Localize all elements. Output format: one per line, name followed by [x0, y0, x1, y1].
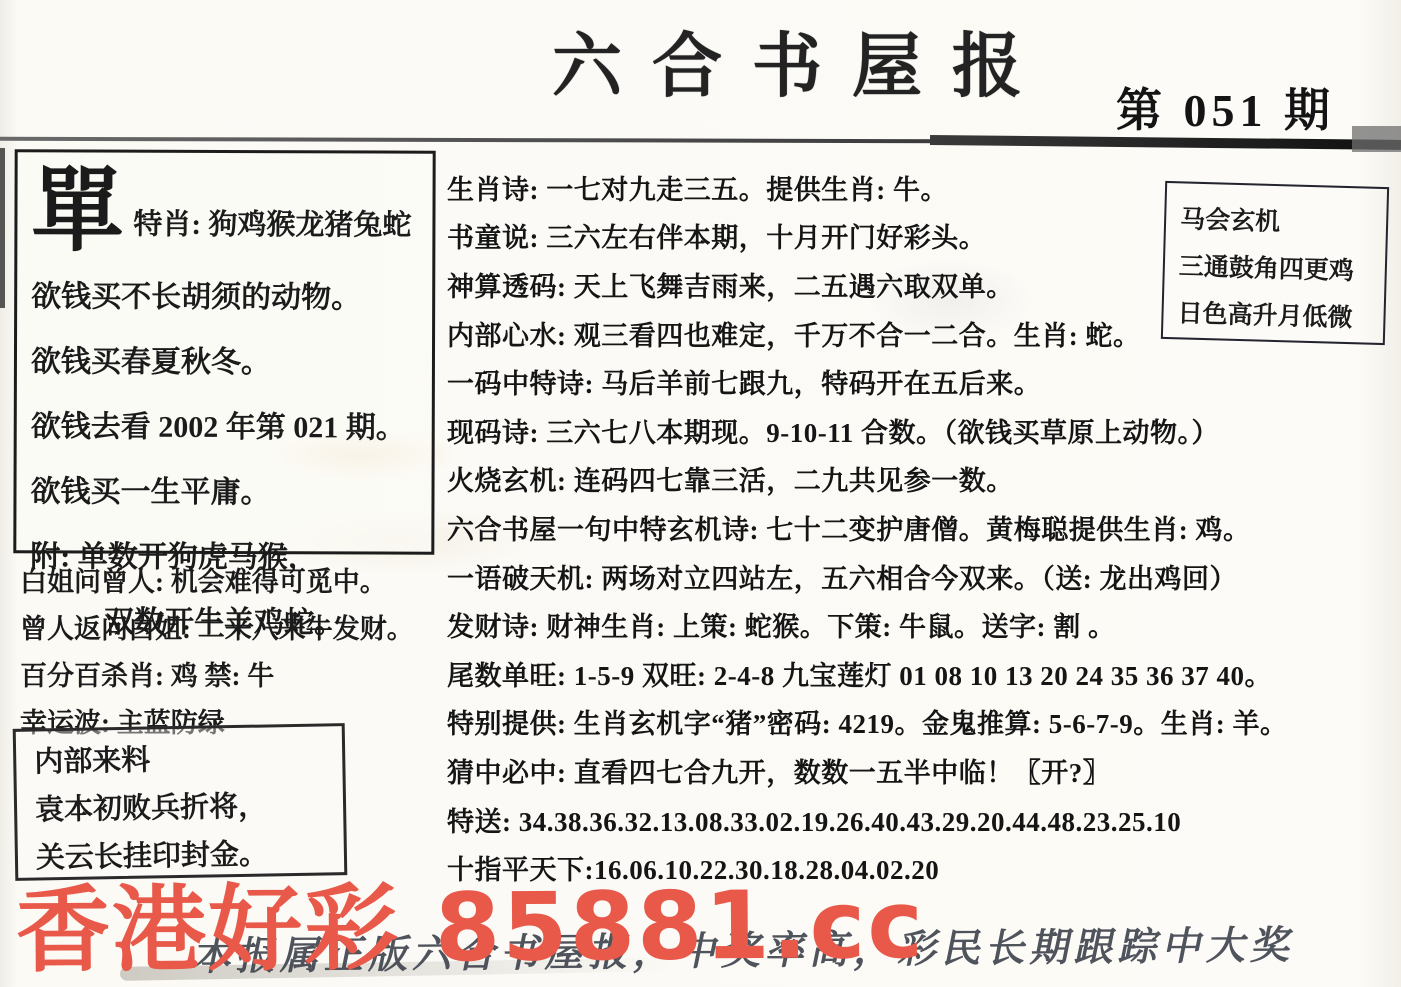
prediction-line-huoshaoxuanji: 火烧玄机: 连码四七靠三活，二九共见参一数。	[447, 455, 1287, 504]
site-watermark: 香港好彩 85881.cc	[16, 849, 926, 987]
issue-number: 第 051 期	[1116, 74, 1335, 140]
main-prediction-column: 生肖诗: 一七对九走三五。提供生肖: 牛。 书童说: 三六左右伴本期，十月开门好…	[447, 163, 1287, 892]
prediction-line-shengxiaoshi: 生肖诗: 一七对九走三五。提供生肖: 牛。	[447, 163, 1287, 212]
insider-info-title: 内部来料	[34, 730, 333, 783]
scan-edge-line	[0, 148, 5, 308]
left-box-line: 欲钱去看 2002 年第 021 期。	[31, 401, 422, 446]
prediction-line-tebietigong: 特别提供: 生肖玄机字“猪”密码: 4219。金鬼推算: 5-6-7-9。生肖:…	[447, 698, 1287, 747]
mahui-box-title: 马会玄机	[1180, 193, 1387, 246]
odd-prediction-header: 單 特肖: 狗鸡猴龙猪兔蛇	[31, 158, 422, 251]
mahui-box-line: 日色高升月低微	[1177, 287, 1384, 340]
tips-section: 白姐问曾人: 机会难得可觅中。 曾人返问白姐: 二来八来牛发财。 百分百杀肖: …	[20, 556, 414, 744]
prediction-line-yimazhongteshi: 一码中特诗: 马后羊前七跟九，特码开在五后来。	[447, 357, 1287, 406]
special-zodiac-line: 特肖: 狗鸡猴龙猪兔蛇	[133, 202, 411, 252]
prediction-line-yijuzhongte: 六合书屋一句中特玄机诗: 七十二变护唐僧。黄梅聪提供生肖: 鸡。	[447, 503, 1287, 552]
newspaper-page: 六合书屋报 第 051 期 單 特肖: 狗鸡猴龙猪兔蛇 欲钱买不长胡须的动物。 …	[0, 0, 1401, 987]
prediction-line-shutongshuo: 书童说: 三六左右伴本期，十月开门好彩头。	[447, 212, 1287, 261]
scan-artifact	[1352, 126, 1401, 152]
left-box-line: 欲钱买一生平庸。	[30, 466, 421, 511]
tip-line: 白姐问曾人: 机会难得可觅中。	[20, 556, 414, 603]
prediction-line-caizhongbizhong: 猜中必中: 直看四七合九开，数数一五半中临！〖开?〗	[447, 746, 1287, 795]
prediction-line-yiyupotianji: 一语破天机: 两场对立四站左，五六相合今双来。（送: 龙出鸡回）	[447, 552, 1287, 601]
tip-line: 百分百杀肖: 鸡 禁: 牛	[20, 650, 414, 697]
insider-info-line: 袁本初败兵折将，	[35, 778, 334, 831]
mahui-box-line: 三通鼓角四更鸡	[1178, 240, 1385, 293]
prediction-line-tesong: 特送: 34.38.36.32.13.08.33.02.19.26.40.43.…	[447, 795, 1287, 844]
header-divider-line	[0, 137, 960, 144]
page-title: 六合书屋报	[552, 10, 1052, 111]
prediction-line-weishudanwang: 尾数单旺: 1-5-9 双旺: 2-4-8 九宝莲灯 01 08 10 13 2…	[447, 649, 1287, 698]
prediction-line-facaishi: 发财诗: 财神生肖: 上策: 蛇猴。下策: 牛鼠。送字: 割 。	[447, 600, 1287, 649]
left-box-line: 欲钱买春夏秋冬。	[31, 336, 422, 381]
left-box-line: 欲钱买不长胡须的动物。	[31, 271, 422, 316]
mahui-mystery-box: 马会玄机 三通鼓角四更鸡 日色高升月低微	[1161, 181, 1389, 345]
big-character-dan: 單	[31, 172, 123, 251]
prediction-line-xianmashi: 现码诗: 三六七八本期现。9-10-11 合数。（欲钱买草原上动物。）	[447, 406, 1287, 455]
tip-line: 曾人返问白姐: 二来八来牛发财。	[20, 603, 414, 650]
odd-prediction-box: 單 特肖: 狗鸡猴龙猪兔蛇 欲钱买不长胡须的动物。 欲钱买春夏秋冬。 欲钱去看 …	[13, 149, 435, 554]
